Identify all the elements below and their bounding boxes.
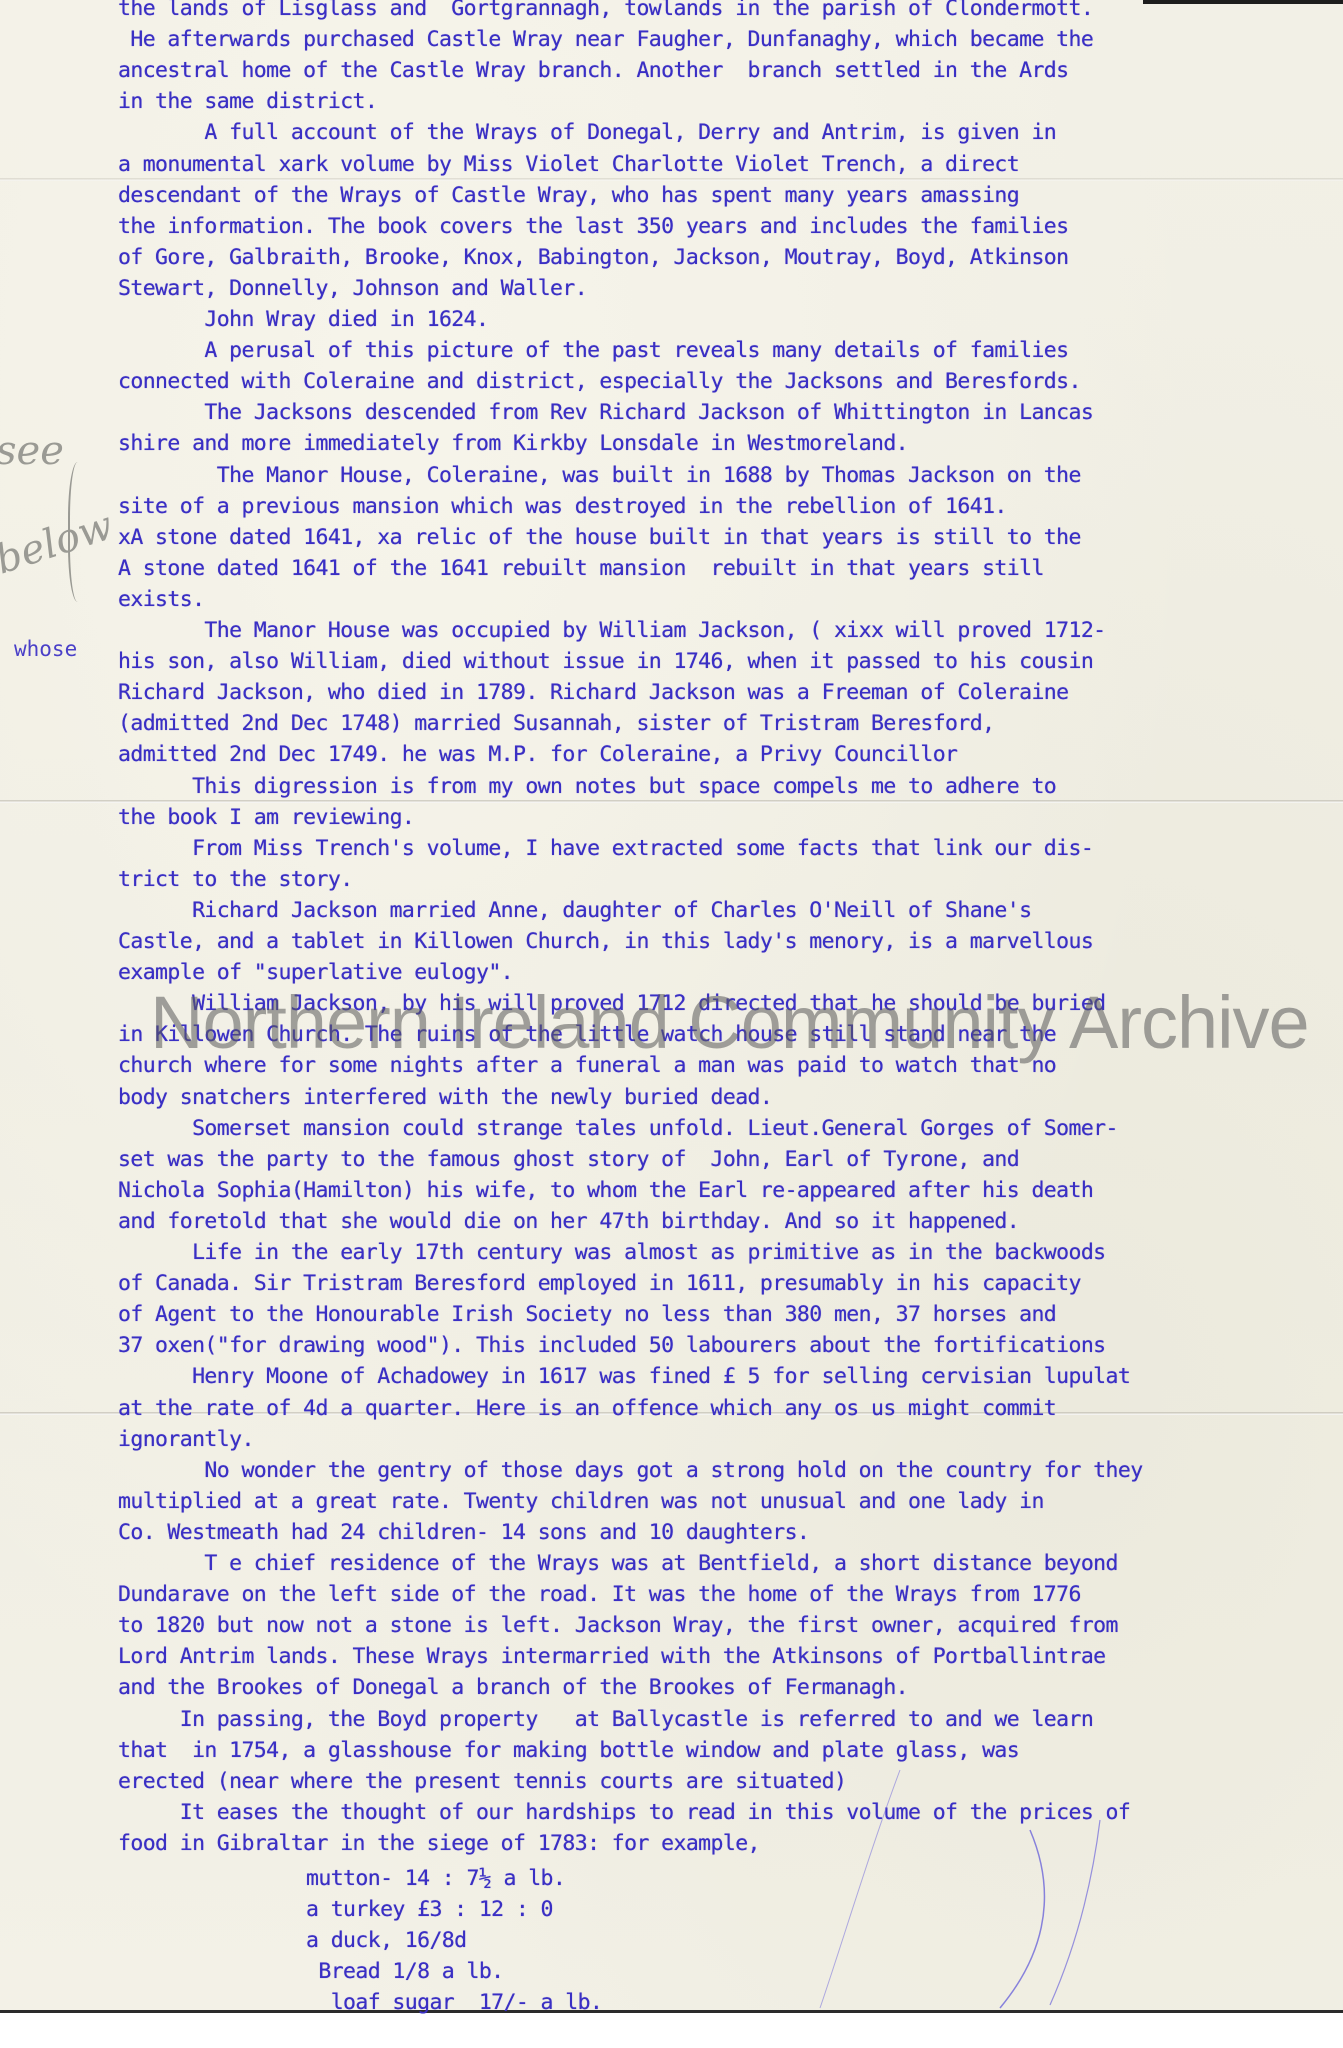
- archive-watermark: Northern Ireland Community Archive: [150, 980, 1309, 1065]
